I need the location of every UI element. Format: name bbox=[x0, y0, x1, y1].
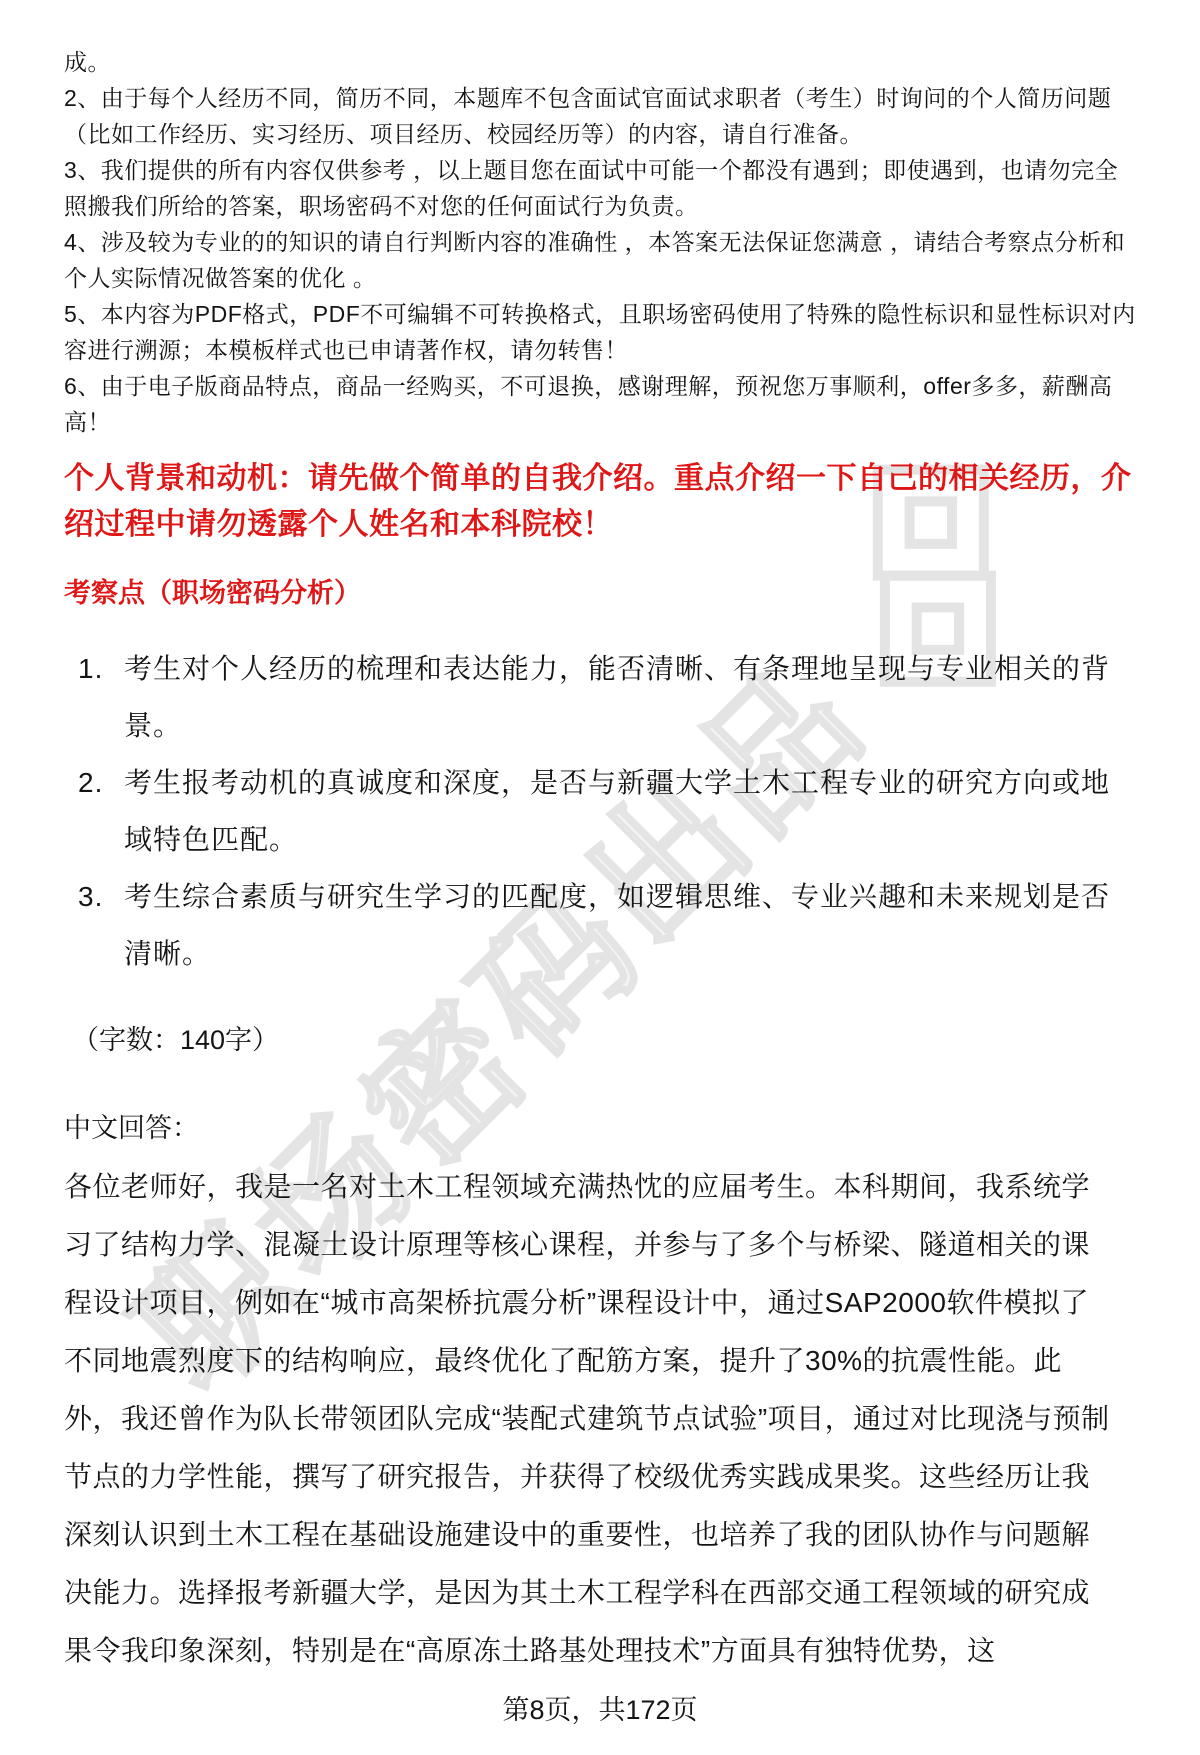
analysis-heading: 考察点（职场密码分析） bbox=[64, 574, 1136, 612]
list-item-text: 考生综合素质与研究生学习的匹配度，如逻辑思维、专业兴趣和未来规划是否清晰。 bbox=[124, 868, 1134, 982]
disclaimer-item: 2、由于每个人经历不同，简历不同，本题库不包含面试官面试求职者（考生）时询问的个… bbox=[64, 80, 1136, 152]
list-item: 2. 考生报考动机的真诚度和深度，是否与新疆大学土木工程专业的研究方向或地域特色… bbox=[78, 754, 1136, 868]
list-item-number: 2. bbox=[78, 754, 112, 868]
interview-question: 个人背景和动机：请先做个简单的自我介绍。重点介绍一下自己的相关经历，介绍过程中请… bbox=[64, 456, 1136, 548]
list-item-number: 1. bbox=[78, 640, 112, 754]
disclaimer-item: 成。 bbox=[64, 44, 1136, 80]
page-content: 成。 2、由于每个人经历不同，简历不同，本题库不包含面试官面试求职者（考生）时询… bbox=[0, 0, 1200, 1680]
analysis-points-list: 1. 考生对个人经历的梳理和表达能力，能否清晰、有条理地呈现与专业相关的背景。 … bbox=[78, 640, 1136, 982]
page-number-footer: 第8页，共172页 bbox=[0, 1688, 1200, 1727]
disclaimer-item: 6、由于电子版商品特点，商品一经购买，不可退换，感谢理解，预祝您万事顺利，off… bbox=[64, 368, 1136, 440]
disclaimer-item: 4、涉及较为专业的的知识的请自行判断内容的准确性 ，本答案无法保证您满意 ，请结… bbox=[64, 224, 1136, 296]
pdf-page: 职场密码出品 成。 2、由于每个人经历不同，简历不同，本题库不包含面试官面试求职… bbox=[0, 0, 1200, 1755]
list-item-number: 3. bbox=[78, 868, 112, 982]
answer-text: 各位老师好，我是一名对土木工程领域充满热忱的应届考生。本科期间，我系统学习了结构… bbox=[64, 1158, 1114, 1680]
word-count-note: （字数：140字） bbox=[72, 1020, 1136, 1060]
list-item: 1. 考生对个人经历的梳理和表达能力，能否清晰、有条理地呈现与专业相关的背景。 bbox=[78, 640, 1136, 754]
disclaimer-item: 5、本内容为PDF格式，PDF不可编辑不可转换格式，且职场密码使用了特殊的隐性标… bbox=[64, 296, 1136, 368]
answer-label: 中文回答： bbox=[64, 1108, 1136, 1148]
list-item-text: 考生对个人经历的梳理和表达能力，能否清晰、有条理地呈现与专业相关的背景。 bbox=[124, 640, 1134, 754]
list-item-text: 考生报考动机的真诚度和深度，是否与新疆大学土木工程专业的研究方向或地域特色匹配。 bbox=[124, 754, 1134, 868]
list-item: 3. 考生综合素质与研究生学习的匹配度，如逻辑思维、专业兴趣和未来规划是否清晰。 bbox=[78, 868, 1136, 982]
disclaimer-block: 成。 2、由于每个人经历不同，简历不同，本题库不包含面试官面试求职者（考生）时询… bbox=[64, 44, 1136, 440]
disclaimer-item: 3、我们提供的所有内容仅供参考 ，以上题目您在面试中可能一个都没有遇到；即使遇到… bbox=[64, 152, 1136, 224]
